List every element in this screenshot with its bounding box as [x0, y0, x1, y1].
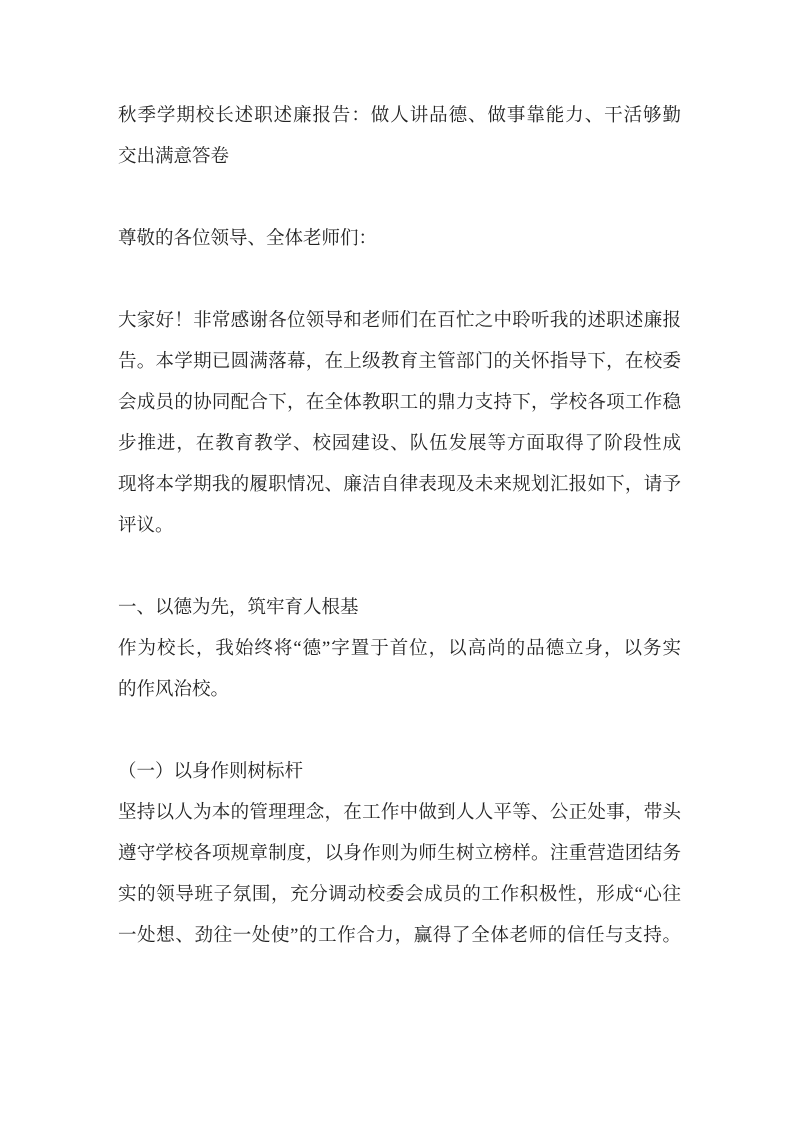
document-line: 一处想、劲往一处使”的工作合力，赢得了全体老师的信任与支持。 — [118, 916, 681, 957]
salutation-line: 尊敬的各位领导、全体老师们： — [118, 219, 681, 260]
document-line: 遵守学校各项规章制度，以身作则为师生树立榜样。注重营造团结务 — [118, 834, 681, 875]
document-title-line: 交出满意答卷 — [118, 137, 681, 178]
document-page: 秋季学期校长述职述廉报告：做人讲品德、做事靠能力、干活够勤快， 交出满意答卷 尊… — [0, 0, 793, 1122]
document-line: 步推进，在教育教学、校园建设、队伍发展等方面取得了阶段性成效。 — [118, 424, 681, 465]
section-heading: 一、以德为先，筑牢育人根基 — [118, 588, 681, 629]
document-title-line: 秋季学期校长述职述廉报告：做人讲品德、做事靠能力、干活够勤快， — [118, 96, 681, 137]
blank-line — [118, 178, 681, 219]
document-line: 的作风治校。 — [118, 670, 681, 711]
document-line: 现将本学期我的履职情况、廉洁自律表现及未来规划汇报如下，请予 — [118, 465, 681, 506]
document-line: 作为校长，我始终将“德”字置于首位，以高尚的品德立身，以务实 — [118, 629, 681, 670]
blank-line — [118, 547, 681, 588]
document-line: 评议。 — [118, 506, 681, 547]
document-line: 告。本学期已圆满落幕，在上级教育主管部门的关怀指导下，在校委 — [118, 342, 681, 383]
document-text-block: 秋季学期校长述职述廉报告：做人讲品德、做事靠能力、干活够勤快， 交出满意答卷 尊… — [118, 96, 681, 957]
document-line: 大家好！非常感谢各位领导和老师们在百忙之中聆听我的述职述廉报 — [118, 301, 681, 342]
blank-line — [118, 260, 681, 301]
document-line: 实的领导班子氛围，充分调动校委会成员的工作积极性，形成“心往 — [118, 875, 681, 916]
subsection-heading: （一）以身作则树标杆 — [118, 752, 681, 793]
document-line: 坚持以人为本的管理理念，在工作中做到人人平等、公正处事，带头 — [118, 793, 681, 834]
document-line: 会成员的协同配合下，在全体教职工的鼎力支持下，学校各项工作稳 — [118, 383, 681, 424]
blank-line — [118, 711, 681, 752]
